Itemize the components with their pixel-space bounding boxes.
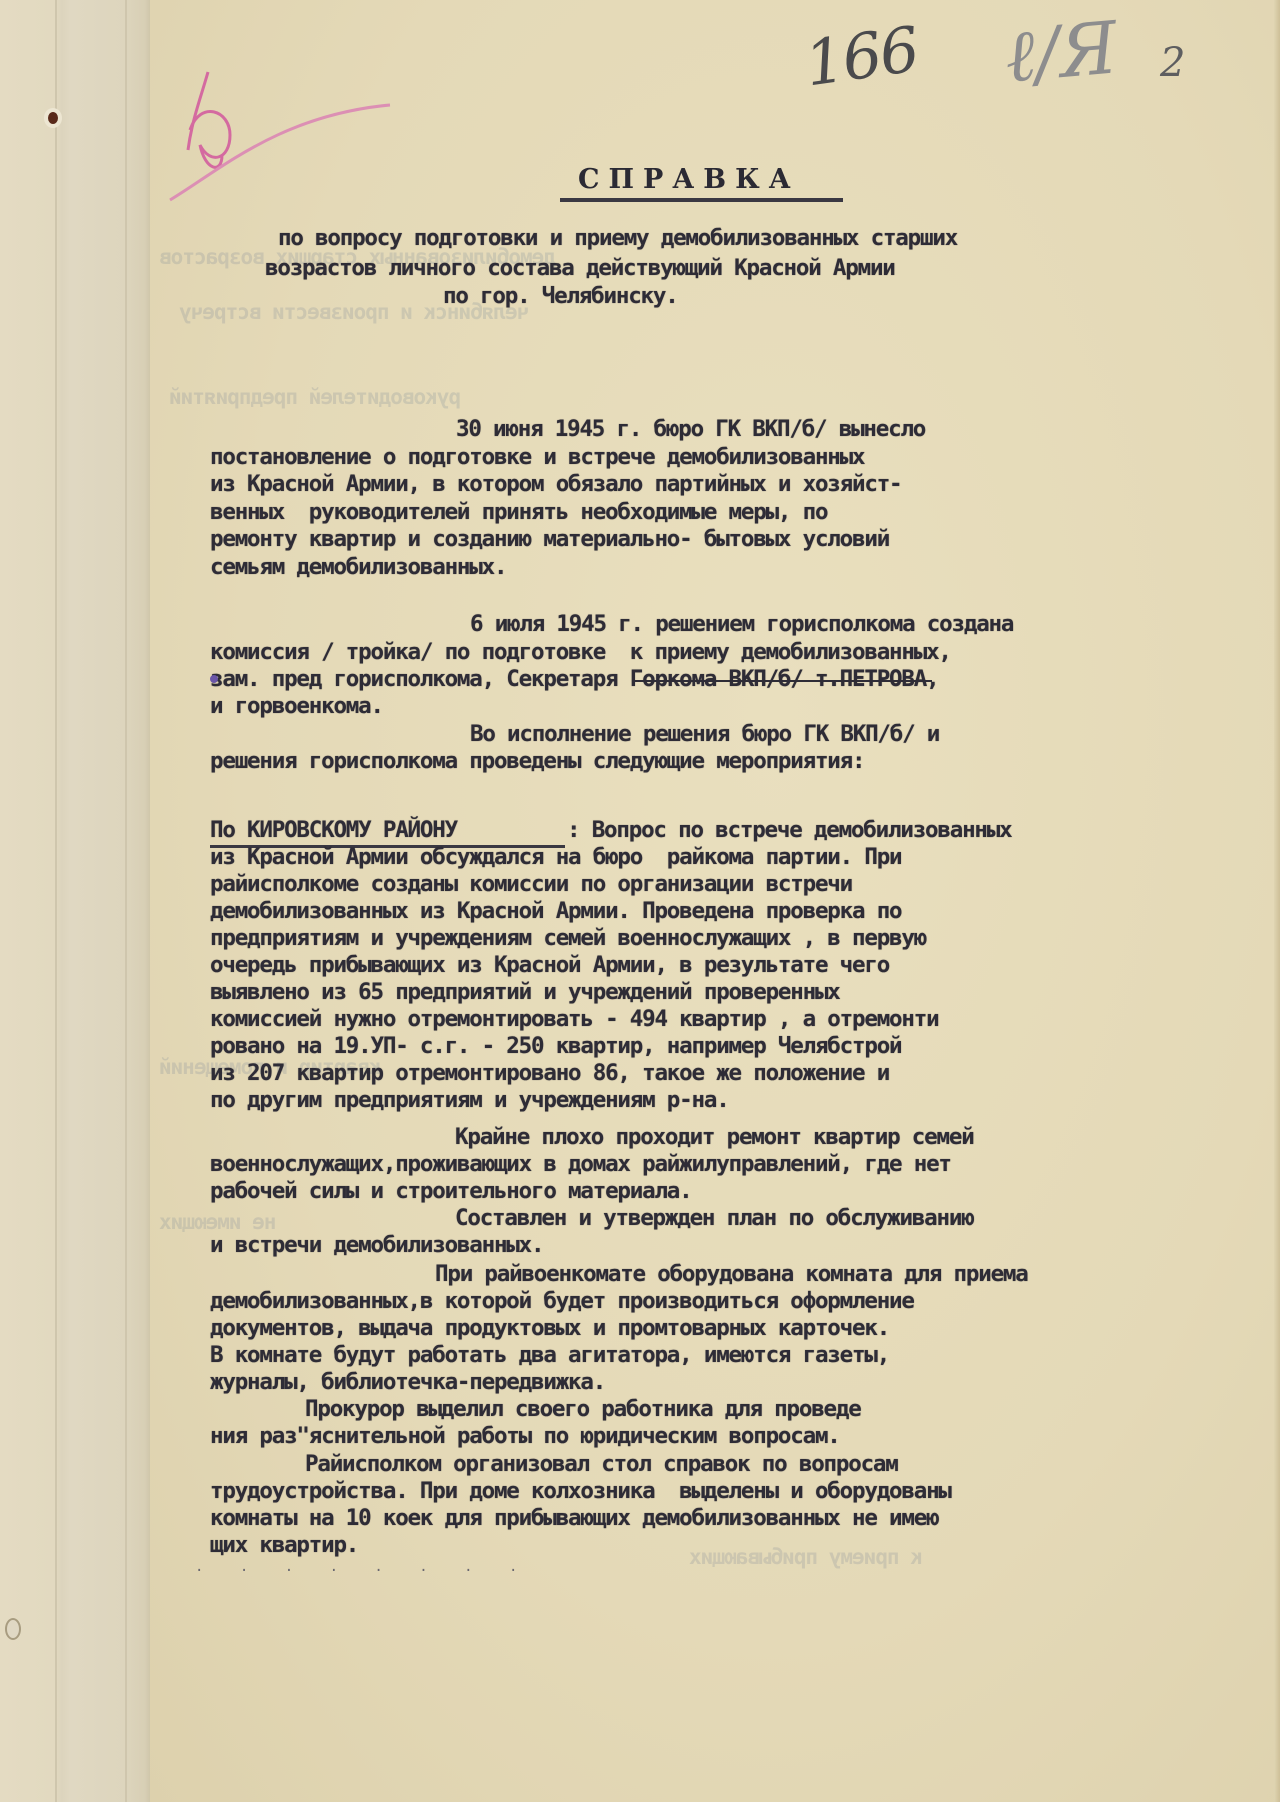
paragraph-line: по другим предприятиям и учреждениям р-н…	[210, 1088, 729, 1113]
paragraph-line: При райвоенкомате оборудована комната дл…	[435, 1262, 1028, 1287]
sheet-number: 2	[1160, 40, 1185, 86]
paragraph-line: постановление о подготовке и встрече дем…	[210, 445, 864, 470]
paragraph-line: из Красной Армии, в котором обязало парт…	[210, 472, 901, 497]
title-underline	[560, 198, 843, 202]
staple-hole	[5, 1618, 21, 1640]
archive-pencil-scribble: ℓ/Я	[1002, 5, 1121, 99]
page-edge	[1274, 0, 1280, 1802]
binding-strip	[0, 0, 150, 1802]
paragraph-line: журналы, библиотечка-передвижка.	[210, 1370, 605, 1395]
ink-mark	[210, 675, 218, 683]
pink-pencil-mark-icon	[160, 60, 400, 210]
subtitle-line: по вопросу подготовки и приему демобилиз…	[278, 226, 957, 251]
paragraph-line: Составлен и утвержден план по обслуживан…	[455, 1206, 974, 1231]
paragraph-line: В комнате будут работать два агитатора, …	[210, 1343, 889, 1368]
paragraph-line: демобилизованных из Красной Армии. Прове…	[210, 899, 901, 924]
paragraph-line: трудоустройства. При доме колхозника выд…	[210, 1479, 951, 1504]
paragraph-line: семьям демобилизованных.	[210, 555, 506, 580]
paragraph-line: ния раз"яснительной работы по юридически…	[210, 1424, 840, 1449]
paragraph-line: выявлено из 65 предприятий и учреждений …	[210, 980, 840, 1005]
paragraph-line: 6 июля 1945 г. решением горисполкома соз…	[470, 612, 1013, 637]
paragraph-line: ремонту квартир и созданию материально- …	[210, 527, 889, 552]
section-heading: По КИРОВСКОМУ РАЙОНУ	[210, 818, 457, 843]
document-title: СПРАВКА	[578, 164, 800, 195]
typewriter-dot-row: · · · · · · · ·	[195, 1563, 531, 1579]
paragraph-line: щих квартир.	[210, 1533, 358, 1558]
paragraph-line: и встречи демобилизованных.	[210, 1233, 543, 1258]
paragraph-line: очередь прибывающих из Красной Армии, в …	[210, 953, 889, 978]
paragraph-line: Во исполнение решения бюро ГК ВКП/б/ и	[470, 722, 939, 747]
subtitle-line: по гор. Челябинску.	[443, 284, 678, 309]
strikethrough	[632, 680, 932, 682]
paragraph-line: и горвоенкома.	[210, 694, 383, 719]
paragraph-line: предприятиям и учреждениям семей военнос…	[210, 926, 926, 951]
paragraph-line: рабочей силы и строительного материала.	[210, 1179, 692, 1204]
paragraph-line: Крайне плохо проходит ремонт квартир сем…	[455, 1125, 974, 1150]
binding-fold	[55, 0, 57, 1802]
paragraph-line: комиссией нужно отремонтировать - 494 кв…	[210, 1007, 938, 1032]
paragraph-line: райисполкоме созданы комиссии по организ…	[210, 872, 852, 897]
show-through-text: не имеющих	[160, 1210, 276, 1234]
paragraph-line: из 207 квартир отремонтировано 86, такое…	[210, 1061, 889, 1086]
paragraph-line: из Красной Армии обсуждался на бюро райк…	[210, 845, 901, 870]
paragraph-line: Райисполком организовал стол справок по …	[305, 1452, 898, 1477]
paragraph-line: комнаты на 10 коек для прибывающих демоб…	[210, 1506, 938, 1531]
paragraph-line: военнослужащих,проживающих в домах райжи…	[210, 1152, 951, 1177]
subtitle-line: возрастов личного состава действующий Кр…	[265, 256, 895, 281]
paragraph-line: Прокурор выделил своего работника для пр…	[305, 1397, 861, 1422]
show-through-text: к приему прибывающих	[690, 1545, 923, 1569]
punch-hole	[48, 112, 58, 124]
paragraph-line: венных руководителей принять необходимые…	[210, 500, 827, 525]
binding-fold	[125, 0, 127, 1802]
archive-pencil-number: 166	[800, 13, 921, 101]
paragraph-line: комиссия / тройка/ по подготовке к прием…	[210, 640, 951, 665]
paragraph-line: : Вопрос по встрече демобилизованных	[567, 818, 1011, 843]
paragraph-line: документов, выдача продуктовых и промтов…	[210, 1316, 889, 1341]
paragraph-line: демобилизованных,в которой будет произво…	[210, 1289, 914, 1314]
paragraph-line: 30 июня 1945 г. бюро ГК ВКП/б/ вынесло	[456, 417, 925, 442]
paragraph-line: ровано на 19.УП- с.г. - 250 квартир, нап…	[210, 1034, 901, 1059]
show-through-text: руководителей предприятий	[170, 385, 461, 409]
paragraph-line: решения горисполкома проведены следующие…	[210, 749, 864, 774]
